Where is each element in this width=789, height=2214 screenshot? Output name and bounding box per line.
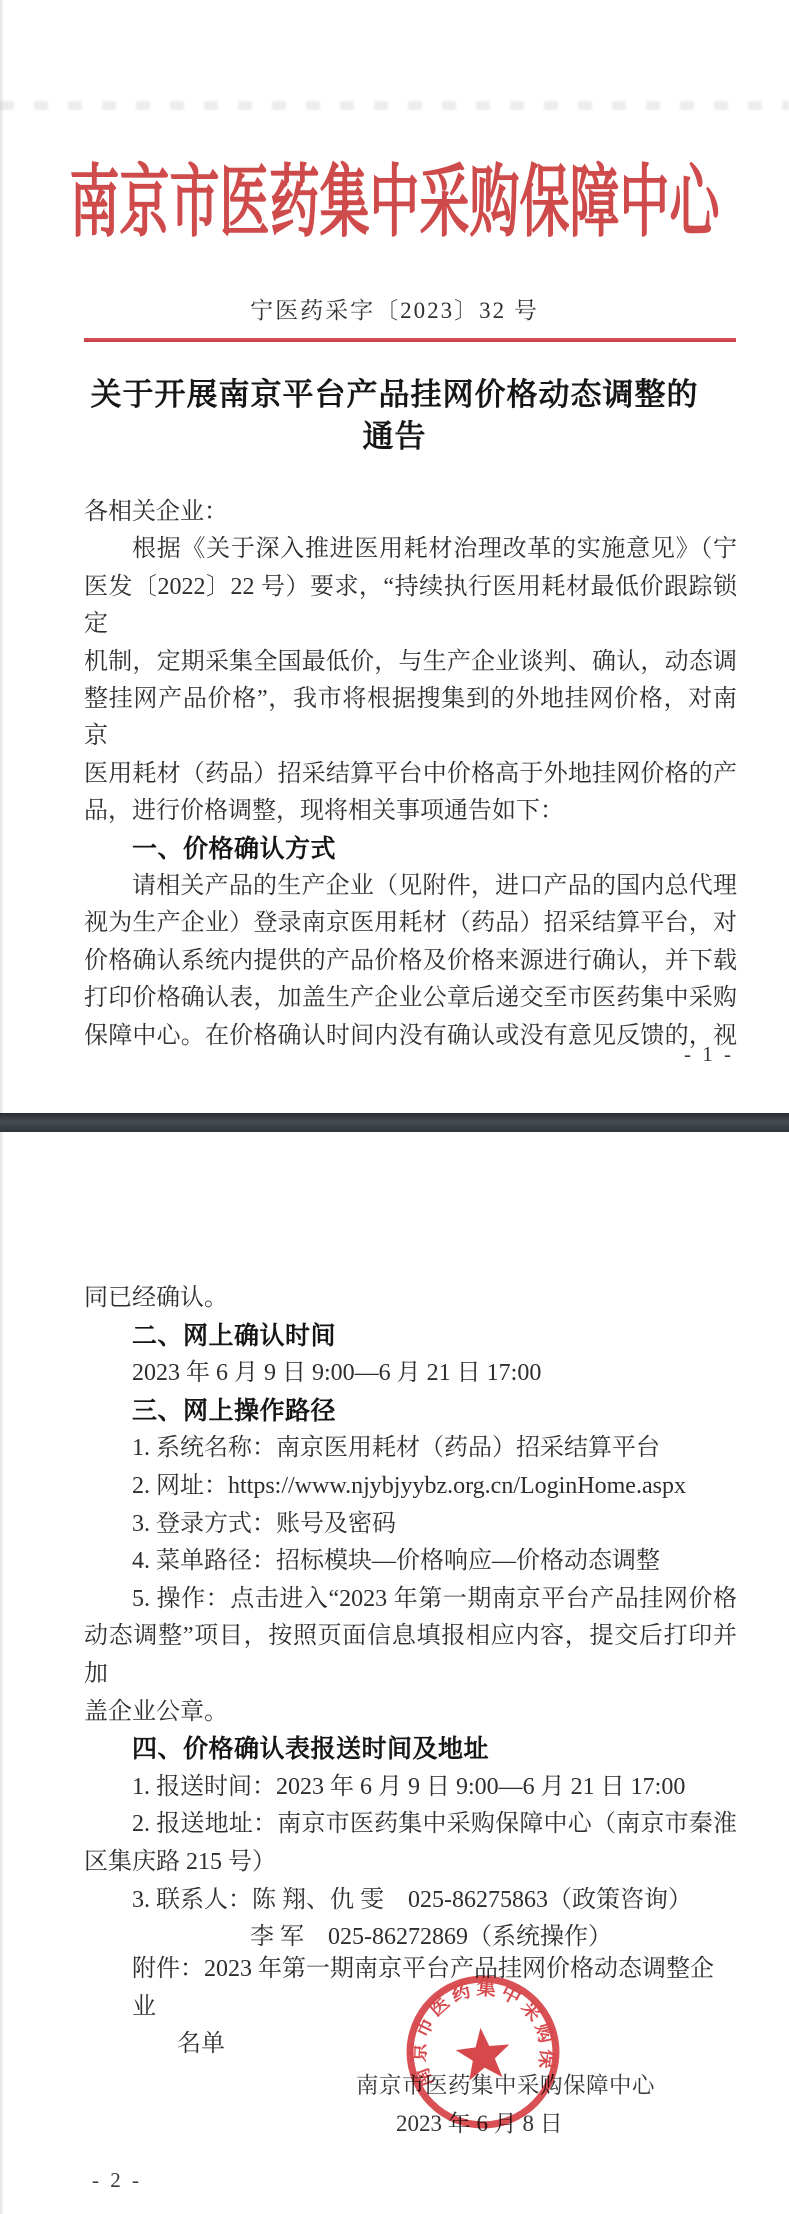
section-heading: 四、价格确认表报送时间及地址 — [84, 1731, 737, 1769]
document-title: 关于开展南京平台产品挂网价格动态调整的 通告 — [0, 374, 789, 458]
document-title-line2: 通告 — [0, 416, 789, 458]
text-line: 机制，定期采集全国最低价，与生产企业谈判、确认，动态调 — [84, 644, 737, 681]
page-separator-band — [0, 1113, 789, 1132]
text-line: 价格确认系统内提供的产品价格及价格来源进行确认，并下载 — [84, 943, 737, 980]
text-line: 区集庆路 215 号） — [84, 1844, 737, 1882]
text-line: 医用耗材（药品）招采结算平台中价格高于外地挂网价格的产 — [84, 756, 737, 793]
text-line: 医发〔2022〕22 号）要求，“持续执行医用耗材最低价跟踪锁定 — [84, 569, 737, 644]
text-line: 各相关企业： — [84, 494, 737, 531]
text-line: 5. 操作：点击进入“2023 年第一期南京平台产品挂网价格 — [84, 1581, 737, 1619]
svg-text:南京市医药集中采购保障中心: 南京市医药集中采购保障中心 — [394, 1963, 562, 2093]
text-line: 根据《关于深入推进医用耗材治理改革的实施意见》（宁 — [84, 531, 737, 568]
text-line: 1. 报送时间：2023 年 6 月 9 日 9:00—6 月 21 日 17:… — [84, 1769, 737, 1807]
section-heading: 二、网上确认时间 — [84, 1318, 737, 1356]
text-line: 保障中心。在价格确认时间内没有确认或没有意见反馈的，视 — [84, 1018, 737, 1055]
official-red-seal: 南京市医药集中采购保障中心 — [394, 1963, 572, 2141]
text-line: 2. 网址：https://www.njybjyybz.org.cn/Login… — [84, 1468, 737, 1506]
text-line: 2. 报送地址：南京市医药集中采购保障中心（南京市秦淮 — [84, 1806, 737, 1844]
text-line: 3. 联系人：陈 翔、仇 雯 025-86275863（政策咨询） — [84, 1882, 737, 1920]
text-line: 同已经确认。 — [84, 1280, 737, 1318]
organization-header: 南京市医药集中采购保障中心 — [0, 120, 789, 284]
scanner-edge-artifact — [0, 0, 3, 2214]
text-line: 盖企业公章。 — [84, 1694, 737, 1732]
text-line: 打印价格确认表，加盖生产企业公章后递交至市医药集中采购 — [84, 980, 737, 1017]
text-line: 4. 菜单路径：招标模块—价格响应—价格动态调整 — [84, 1543, 737, 1581]
section-heading: 一、价格确认方式 — [84, 831, 737, 868]
page1-number: - 1 - — [684, 1042, 734, 1067]
text-line: 整挂网产品价格”，我市将根据搜集到的外地挂网价格，对南京 — [84, 681, 737, 756]
seal-arc-text: 南京市医药集中采购保障中心 — [394, 1963, 562, 2093]
page1-body-text: 各相关企业：根据《关于深入推进医用耗材治理改革的实施意见》（宁医发〔2022〕2… — [84, 494, 737, 1055]
document-title-line1: 关于开展南京平台产品挂网价格动态调整的 — [0, 374, 789, 416]
section-heading: 三、网上操作路径 — [84, 1393, 737, 1431]
seal-star-icon — [454, 2025, 513, 2082]
scanner-noise-band — [0, 101, 789, 110]
text-line: 2023 年 6 月 9 日 9:00—6 月 21 日 17:00 — [84, 1355, 737, 1393]
red-divider-rule — [84, 338, 736, 342]
document-number: 宁医药采字〔2023〕32 号 — [0, 292, 789, 325]
text-line: 3. 登录方式：账号及密码 — [84, 1506, 737, 1544]
text-line: 1. 系统名称：南京医用耗材（药品）招采结算平台 — [84, 1430, 737, 1468]
text-line: 视为生产企业）登录南京医用耗材（药品）招采结算平台，对 — [84, 905, 737, 942]
text-line: 品，进行价格调整，现将相关事项通告如下： — [84, 793, 737, 830]
text-line: 请相关产品的生产企业（见附件，进口产品的国内总代理 — [84, 868, 737, 905]
page2-body-text: 同已经确认。二、网上确认时间2023 年 6 月 9 日 9:00—6 月 21… — [84, 1280, 737, 1957]
page2-number: - 2 - — [92, 2168, 142, 2193]
text-line: 动态调整”项目，按照页面信息填报相应内容，提交后打印并加 — [84, 1618, 737, 1693]
